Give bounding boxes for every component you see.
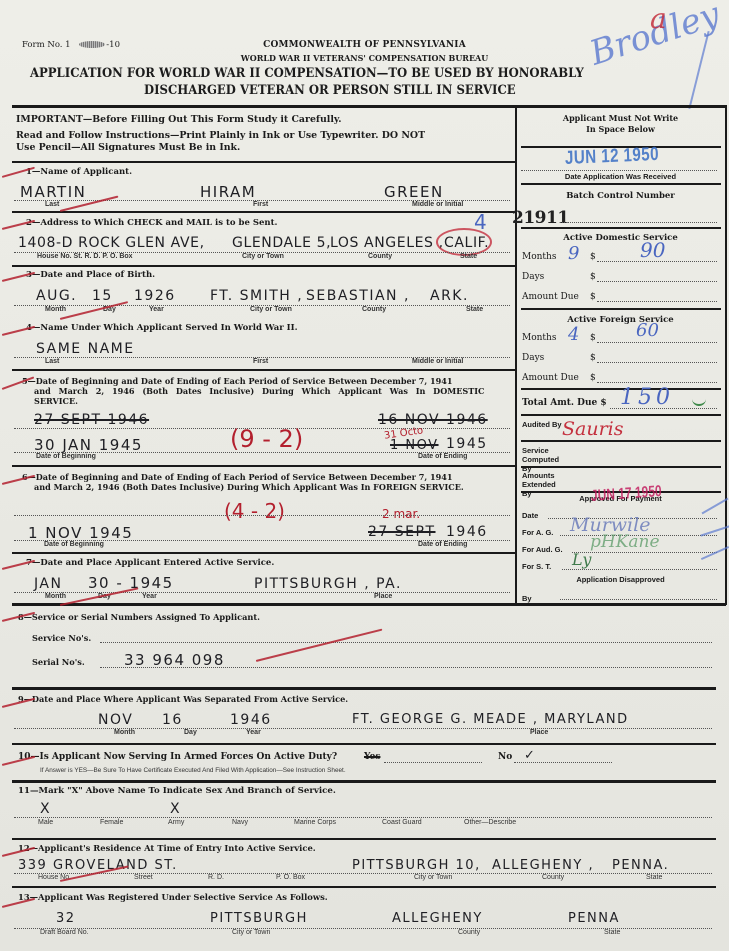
- q9-place: Ft. George G. Meade , Maryland: [352, 712, 629, 727]
- q12-sub-city: City or Town: [414, 874, 452, 881]
- office-panel-right-border: [725, 105, 727, 605]
- q11-rule: [12, 838, 716, 840]
- q2-street: 1408-D Rock Glen Ave,: [18, 235, 205, 251]
- q3-sub-state: State: [466, 306, 483, 313]
- audg-signature: pHKane: [590, 532, 660, 552]
- serial-no-line: [100, 667, 712, 668]
- q3-sub-county: County: [362, 306, 386, 313]
- q4-rule: [12, 369, 515, 371]
- audg-label: For Aud. G.: [522, 545, 563, 554]
- q10-no-option[interactable]: No: [498, 752, 512, 762]
- office-rule-4: [521, 308, 721, 310]
- q7-place: Pittsburgh , Pa.: [254, 576, 402, 592]
- domestic-amount-line: [597, 301, 717, 302]
- q2-label: 2—Address to Which CHECK and MAIL is to …: [26, 218, 277, 228]
- q3-month: Aug.: [36, 288, 77, 304]
- received-line: [521, 170, 717, 171]
- q11-option-army[interactable]: Army: [168, 819, 184, 826]
- q5-end-struck: 1 Nov: [390, 438, 439, 453]
- domestic-amount-label: Amount Due: [522, 292, 579, 302]
- serial-no-label: Serial No's.: [32, 657, 85, 667]
- q9-month: Nov: [98, 712, 133, 728]
- header-rule: [12, 105, 726, 108]
- q13-label: 13—Applicant Was Registered Under Select…: [18, 892, 328, 902]
- foreign-amount-label: Amount Due: [522, 373, 579, 383]
- q3-state: Ark.: [430, 288, 469, 304]
- q5-struck-end: 16 Nov 1946: [378, 412, 488, 428]
- q11-option-female[interactable]: Female: [100, 819, 123, 826]
- q1-sub-last: Last: [45, 201, 59, 208]
- q11-male-mark: X: [40, 801, 51, 817]
- q7-sub-place: Place: [374, 593, 392, 600]
- q13-county: Allegheny: [392, 911, 483, 926]
- q11-option-navy[interactable]: Navy: [232, 819, 248, 826]
- q5-sub-begin: Date of Beginning: [36, 453, 96, 460]
- q12-sub-county: County: [542, 874, 564, 881]
- q4-name: Same Name: [36, 341, 135, 357]
- q2-sub-address: House No. St. R. D. P. O. Box: [37, 253, 133, 260]
- q7-label: 7—Date and Place Applicant Entered Activ…: [26, 558, 274, 568]
- q8-rule: [12, 687, 716, 690]
- foreign-days-line: [597, 362, 717, 363]
- q5-rule: [12, 465, 515, 467]
- domestic-days-line: [597, 281, 717, 282]
- q10-yes-line: [384, 762, 482, 763]
- q12-line: [14, 873, 712, 874]
- q12-sub-state: State: [646, 874, 662, 881]
- total-label: Total Amt. Due $: [522, 398, 607, 408]
- q9-year: 1946: [230, 712, 272, 728]
- q11-option-male[interactable]: Male: [38, 819, 53, 826]
- domestic-days-label: Days: [522, 272, 544, 282]
- q2-county: Los Angeles ,: [330, 235, 444, 251]
- service-computed-label: Service Computed By: [522, 446, 566, 473]
- q4-label: 4—Name Under Which Applicant Served In W…: [26, 323, 298, 333]
- instructions-line-2: Read and Follow Instructions—Print Plain…: [16, 130, 425, 141]
- q1-sub-first: First: [253, 201, 268, 208]
- foreign-days-currency: $: [590, 353, 596, 363]
- q2-sub-state: State: [460, 253, 477, 260]
- q10-note: If Answer is YES—Be Sure To Have Certifi…: [40, 767, 346, 774]
- office-rule-6: [521, 414, 721, 416]
- office-rule-3: [521, 227, 721, 229]
- q4-sub-last: Last: [45, 358, 59, 365]
- total-check-mark: [692, 398, 706, 406]
- total-value: 150: [620, 385, 674, 410]
- q9-sub-place: Place: [530, 729, 548, 736]
- q12-label: 12—Applicant's Residence At Time of Entr…: [18, 843, 316, 853]
- q7-sub-month: Month: [45, 593, 66, 600]
- foreign-days-label: Days: [522, 353, 544, 363]
- q2-sub-city: City or Town: [242, 253, 284, 260]
- q3-sub-city: City or Town: [250, 306, 292, 313]
- q10-no-line: [514, 762, 612, 763]
- service-no-label: Service No's.: [32, 633, 91, 643]
- instructions-rule: [12, 161, 515, 163]
- domestic-months-line: [597, 261, 717, 262]
- office-rule-7: [521, 440, 721, 442]
- q1-first-name: Hiram: [200, 183, 256, 201]
- q10-yes-option[interactable]: Yes: [364, 752, 380, 762]
- domestic-months-value: 9: [568, 243, 579, 264]
- q1-rule: [12, 211, 515, 213]
- q8-label: 8—Service or Serial Numbers Assigned To …: [18, 612, 260, 622]
- st-label: For S. T.: [522, 562, 551, 571]
- q3-day: 15: [92, 288, 113, 304]
- q12-sub-pobox: P. O. Box: [276, 874, 305, 881]
- foreign-months-value: 4: [568, 324, 579, 345]
- q11-option-other[interactable]: Other—Describe: [464, 819, 516, 826]
- q6-line-1: [14, 515, 510, 516]
- q9-day: 16: [162, 712, 183, 728]
- q5-label-1: 5—Date of Beginning and Date of Ending o…: [22, 376, 453, 386]
- margin-initial: a: [650, 2, 667, 35]
- q3-city: Ft. Smith ,: [210, 288, 303, 304]
- q5-annotation: (9 - 2): [230, 425, 303, 453]
- disapproved-label: Application Disapproved: [516, 575, 725, 584]
- batch-label: Batch Control Number: [516, 191, 725, 201]
- q13-city: Pittsburgh: [210, 911, 308, 926]
- domestic-heading: Active Domestic Service: [516, 233, 725, 243]
- q7-line: [14, 592, 510, 593]
- q7-month: Jan: [34, 576, 62, 592]
- domestic-currency: $: [590, 252, 596, 262]
- q5-label-3: SERVICE.: [34, 396, 78, 406]
- domestic-amount-value: 90: [640, 238, 665, 262]
- foreign-months-label: Months: [522, 333, 556, 343]
- instructions-line-3: Use Pencil—All Signatures Must Be in Ink…: [16, 142, 240, 153]
- q13-state: Penna: [568, 911, 620, 926]
- q13-sub-state: State: [604, 929, 620, 936]
- by-label: By: [522, 594, 532, 603]
- q6-sub-begin: Date of Beginning: [44, 541, 104, 548]
- q6-label-1: 6—Date of Beginning and Date of Ending o…: [22, 472, 453, 482]
- by-line: [560, 599, 717, 600]
- batch-number: 21911: [512, 208, 569, 228]
- foreign-amount-currency: $: [590, 373, 596, 383]
- instructions-line-1: IMPORTANT—Before Filling Out This Form S…: [16, 114, 342, 125]
- q7-sub-year: Year: [142, 593, 157, 600]
- batch-line: [560, 222, 717, 223]
- domestic-amount-currency: $: [590, 292, 596, 302]
- q3-sub-month: Month: [45, 306, 66, 313]
- q10-rule: [12, 780, 716, 783]
- q1-label: 1—Name of Applicant.: [26, 167, 132, 177]
- q12-sub-street: Street: [134, 874, 153, 881]
- st-signature: Ly: [572, 550, 591, 569]
- q3-sub-year: Year: [149, 306, 164, 313]
- foreign-heading: Active Foreign Service: [516, 315, 725, 325]
- q1-sub-middle: Middle or Initial: [412, 201, 463, 208]
- q6-annotation: (4 - 2): [224, 499, 285, 523]
- q3-county: Sebastian ,: [306, 288, 410, 304]
- q5-label-2: and March 2, 1946 (Both Dates Inclusive)…: [34, 386, 484, 396]
- received-date-stamp: JUN 12 1950: [565, 144, 660, 170]
- q11-army-mark: X: [170, 801, 181, 817]
- q10-label: 10—Is Applicant Now Serving In Armed For…: [18, 752, 337, 762]
- q2-city: Glendale 5,: [232, 235, 331, 251]
- q6-end-year: 1946: [446, 524, 488, 540]
- q9-sub-month: Month: [114, 729, 135, 736]
- foreign-months-line: [597, 342, 717, 343]
- q3-label: 3—Date and Place of Birth.: [26, 270, 155, 280]
- q13-sub-county: County: [458, 929, 480, 936]
- q13-sub-city: City or Town: [232, 929, 270, 936]
- q5-struck-begin: 27 Sept 1946: [34, 412, 149, 428]
- q2-sub-county: County: [368, 253, 392, 260]
- office-heading-1: Applicant Must Not Write: [516, 113, 725, 123]
- office-heading-2: In Space Below: [516, 124, 725, 134]
- q3-year: 1926: [134, 288, 176, 304]
- q11-option-marine-corps[interactable]: Marine Corps: [294, 819, 336, 826]
- audg-line: [572, 552, 717, 553]
- q9-rule: [12, 743, 716, 745]
- office-panel-bottom: [12, 603, 726, 606]
- office-rule-8: [521, 466, 721, 468]
- q2-rule: [12, 265, 515, 267]
- q5-end-year: 1945: [446, 436, 488, 452]
- q9-sub-day: Day: [184, 729, 197, 736]
- q6-label-2: and March 2, 1946 (Both Dates Inclusive)…: [34, 482, 464, 492]
- audited-label: Audited By: [522, 420, 562, 429]
- ag-label: For A. G.: [522, 528, 553, 537]
- domestic-days-currency: $: [590, 272, 596, 282]
- q9-label: 9—Date and Place Where Applicant Was Sep…: [18, 694, 348, 704]
- q6-end-correction: 2 mar.: [382, 507, 420, 521]
- foreign-amount-line: [597, 382, 717, 383]
- q9-sub-year: Year: [246, 729, 261, 736]
- q4-sub-first: First: [253, 358, 268, 365]
- domestic-months-label: Months: [522, 252, 556, 262]
- received-label: Date Application Was Received: [516, 172, 725, 181]
- q11-line: [14, 817, 712, 818]
- q5-sub-end: Date of Ending: [418, 453, 467, 460]
- q2-annotation: 4: [474, 210, 487, 234]
- application-form: Form No. 1 -10 COMMONWEALTH OF PENNSYLVA…: [0, 0, 729, 951]
- page-title-line-2: DISCHARGED VETERAN OR PERSON STILL IN SE…: [144, 82, 516, 98]
- st-line: [562, 569, 717, 570]
- office-rule-2: [521, 183, 721, 185]
- approved-date-label: Date: [522, 511, 538, 520]
- foreign-amount-value: 60: [636, 320, 659, 341]
- audited-signature: Sauris: [562, 418, 624, 440]
- q1-last-name: Martin: [20, 183, 86, 201]
- service-no-line: [100, 642, 712, 643]
- q12-state: Penna.: [612, 858, 669, 873]
- q13-sub-board: Draft Board No.: [40, 929, 89, 936]
- q12-county: Allegheny ,: [492, 858, 594, 873]
- q6-sub-end: Date of Ending: [418, 541, 467, 548]
- q12-rule: [12, 886, 716, 888]
- foreign-currency: $: [590, 333, 596, 343]
- q13-board: 32: [56, 911, 76, 926]
- red-check-serial: [256, 629, 383, 662]
- q12-city: Pittsburgh 10,: [352, 858, 481, 873]
- q11-option-coast-guard[interactable]: Coast Guard: [382, 819, 422, 826]
- total-line: [610, 408, 717, 409]
- q6-end-struck: 27 Sept: [368, 524, 436, 540]
- q10-no-check: ✓: [524, 748, 536, 763]
- q1-middle-name: Green: [384, 183, 444, 201]
- q4-sub-middle: Middle or Initial: [412, 358, 463, 365]
- q12-sub-rd: R. D.: [208, 874, 224, 881]
- q11-label: 11—Mark "X" Above Name To Indicate Sex A…: [18, 786, 336, 796]
- q6-rule: [12, 552, 515, 554]
- page-title-line-1: APPLICATION FOR WORLD WAR II COMPENSATIO…: [30, 65, 584, 81]
